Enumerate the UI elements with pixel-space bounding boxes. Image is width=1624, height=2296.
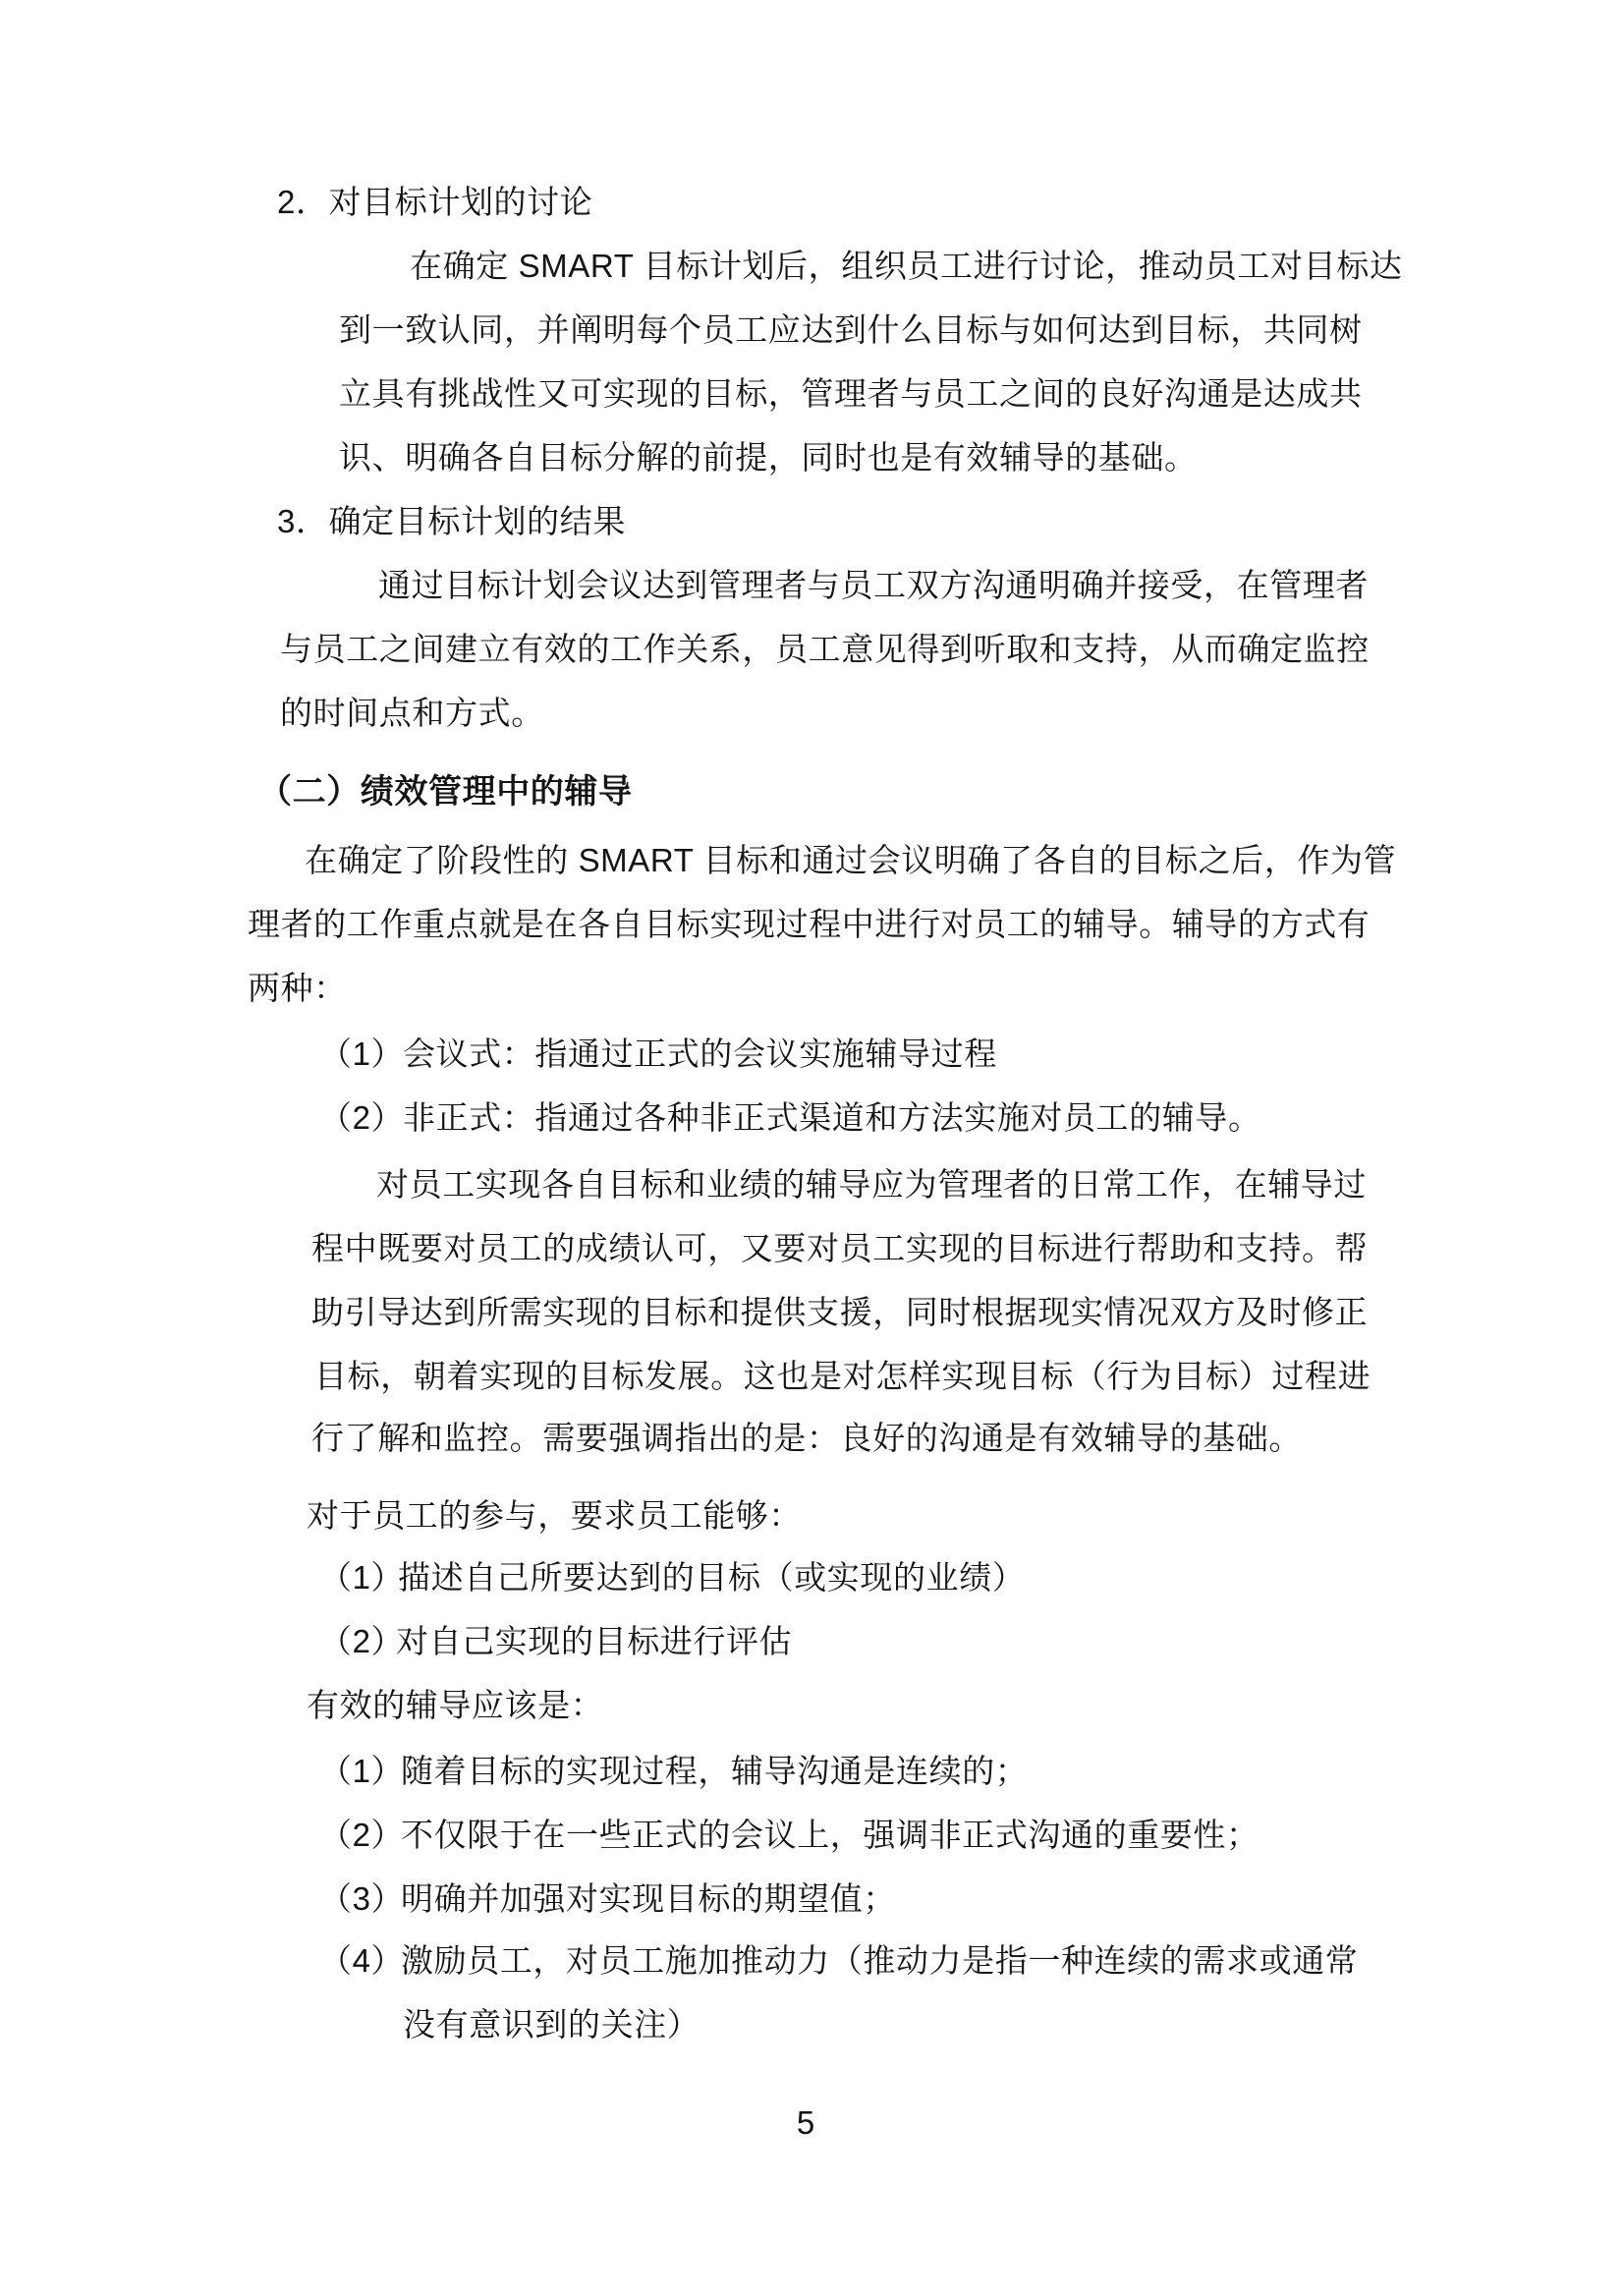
list-number: （1） bbox=[319, 1560, 404, 1596]
lead-in-line: 对于员工的参与，要求员工能够： bbox=[307, 1498, 802, 1534]
list-item-text: 不仅限于在一些正式的会议上，强调非正式沟通的重要性； bbox=[401, 1818, 1260, 1853]
list-number: （1） bbox=[319, 1036, 404, 1072]
list-number: （3） bbox=[319, 1881, 404, 1917]
paragraph-line: 对员工实现各自目标和业绩的辅导应为管理者的日常工作，在辅导过 bbox=[376, 1167, 1367, 1203]
list-item-text: 明确并加强对实现目标的期望值； bbox=[401, 1881, 896, 1917]
paragraph-line: 在确定 SMART 目标计划后，组织员工进行讨论，推动员工对目标达 bbox=[410, 249, 1402, 284]
list-item-text: 对自己实现的目标进行评估 bbox=[396, 1624, 792, 1659]
numbered-heading-2: 2．对目标计划的讨论 bbox=[277, 185, 592, 220]
list-item-text-continuation: 没有意识到的关注） bbox=[403, 2007, 700, 2043]
list-item-text: 随着目标的实现过程，辅导沟通是连续的； bbox=[401, 1754, 1028, 1789]
paragraph-line: 通过目标计划会议达到管理者与员工双方沟通明确并接受，在管理者 bbox=[378, 568, 1369, 603]
paragraph-line: 两种： bbox=[248, 971, 347, 1006]
list-number: （4） bbox=[319, 1943, 404, 1979]
section-heading: （二）绩效管理中的辅导 bbox=[258, 774, 633, 810]
paragraph-line: 助引导达到所需实现的目标和提供支援，同时根据现实情况双方及时修正 bbox=[311, 1295, 1368, 1330]
paragraph-line: 识、明确各自目标分解的前提，同时也是有效辅导的基础。 bbox=[339, 440, 1198, 476]
list-number: （2） bbox=[319, 1100, 404, 1136]
paragraph-line: 行了解和监控。需要强调指出的是：良好的沟通是有效辅导的基础。 bbox=[311, 1421, 1302, 1456]
paragraph-line: 与员工之间建立有效的工作关系，员工意见得到听取和支持，从而确定监控 bbox=[280, 632, 1370, 667]
page-number: 5 bbox=[0, 2104, 1611, 2142]
list-number: （1） bbox=[319, 1754, 404, 1789]
list-number: （2） bbox=[319, 1818, 404, 1853]
numbered-heading-3: 3．确定目标计划的结果 bbox=[277, 504, 626, 539]
lead-in-line: 有效的辅导应该是： bbox=[307, 1688, 603, 1723]
list-item-text: 激励员工，对员工施加推动力（推动力是指一种连续的需求或通常 bbox=[401, 1943, 1358, 1979]
paragraph-line: 目标，朝着实现的目标发展。这也是对怎样实现目标（行为目标）过程进 bbox=[314, 1359, 1371, 1394]
paragraph-line: 在确定了阶段性的 SMART 目标和通过会议明确了各自的目标之后，作为管 bbox=[305, 843, 1396, 878]
list-item-text: 会议式：指通过正式的会议实施辅导过程 bbox=[403, 1036, 997, 1072]
document-page: 2．对目标计划的讨论 在确定 SMART 目标计划后，组织员工进行讨论，推动员工… bbox=[0, 0, 1624, 2296]
paragraph-line: 立具有挑战性又可实现的目标，管理者与员工之间的良好沟通是达成共 bbox=[339, 376, 1363, 412]
paragraph-line: 理者的工作重点就是在各自目标实现过程中进行对员工的辅导。辅导的方式有 bbox=[248, 907, 1370, 942]
list-item-text: 描述自己所要达到的目标（或实现的业绩） bbox=[398, 1560, 1025, 1596]
paragraph-line: 的时间点和方式。 bbox=[280, 696, 544, 731]
list-item-text: 非正式：指通过各种非正式渠道和方法实施对员工的辅导。 bbox=[403, 1100, 1261, 1136]
list-number: （2） bbox=[319, 1624, 404, 1659]
paragraph-line: 程中既要对员工的成绩认可，又要对员工实现的目标进行帮助和支持。帮 bbox=[311, 1231, 1368, 1266]
paragraph-line: 到一致认同，并阐明每个员工应达到什么目标与如何达到目标，共同树 bbox=[339, 312, 1363, 348]
